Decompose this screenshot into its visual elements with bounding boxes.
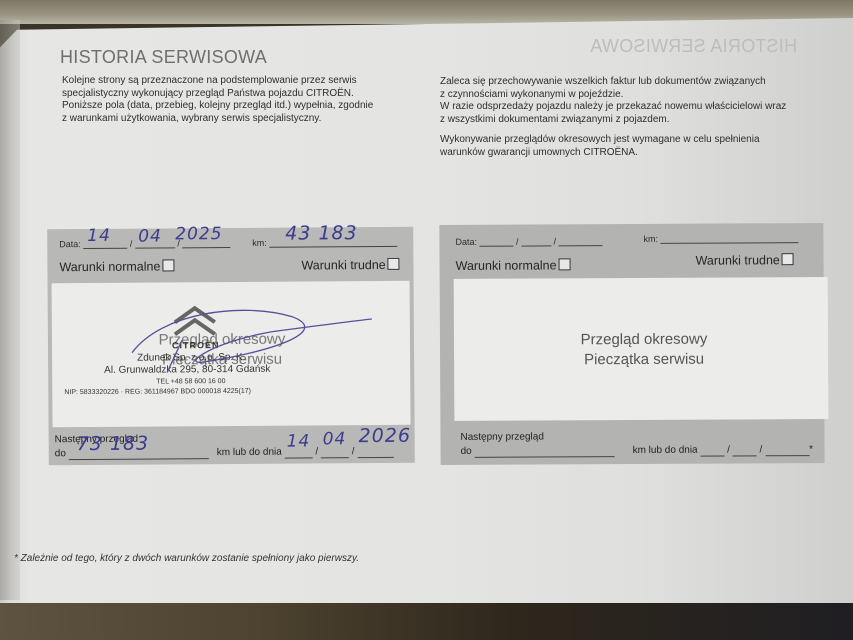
condition-normal-label: Warunki normalne — [59, 259, 160, 274]
separator: / — [516, 237, 519, 247]
separator: / — [352, 446, 355, 457]
condition-normal[interactable]: Warunki normalne — [456, 258, 571, 273]
asterisk: * — [809, 444, 813, 455]
intro-right-line: Zaleca się przechowywanie wszelkich fakt… — [440, 76, 830, 89]
intro-right-line: W razie odsprzedaży pojazdu należy je pr… — [440, 101, 830, 114]
next-service-label: Następny przegląd — [460, 430, 543, 443]
condition-hard-label: Warunki trudne — [696, 253, 780, 267]
service-entry-2: Data: / / km: Warunki normalne Warunki t… — [439, 223, 824, 465]
condition-normal-label: Warunki normalne — [456, 258, 557, 273]
stamp-area: Przegląd okresowy Pieczątka serwisu CITR… — [52, 281, 411, 427]
next-year-value[interactable]: 2026 — [359, 425, 412, 447]
stamp-placeholder-line: Pieczątka serwisu — [544, 349, 744, 370]
intro-right-line: z wszystkimi dokumentami związanymi z po… — [440, 114, 830, 127]
separator: / — [727, 444, 730, 455]
stamp-area: Przegląd okresowy Pieczątka serwisu — [454, 277, 829, 421]
km-field-row: km: — [643, 233, 798, 244]
next-km-value[interactable]: 73 183 — [77, 433, 150, 456]
intro-right-line: z czynnościami wykonanymi w pojeździe. — [440, 89, 830, 102]
next-service-date-row: km lub do dnia / / * — [633, 443, 813, 457]
km-value[interactable]: 43 183 — [285, 222, 358, 245]
condition-hard[interactable]: Warunki trudne — [696, 253, 794, 268]
background-table — [0, 603, 853, 640]
condition-normal-checkbox[interactable] — [162, 259, 174, 271]
intro-right-line: Wykonywanie przeglądów okresowych jest w… — [440, 134, 830, 147]
footnote: * Zależnie od tego, który z dwóch warunk… — [14, 553, 359, 564]
separator: / — [130, 239, 133, 249]
to-label: do — [461, 446, 472, 457]
date-year-value[interactable]: 2025 — [175, 224, 222, 244]
stamp-placeholder-line: Przegląd okresowy — [544, 329, 744, 350]
intro-left-line: Kolejne strony są przeznaczone na podste… — [62, 75, 422, 88]
km-or-date-label: km lub do dnia — [217, 447, 282, 458]
intro-left-line: specjalistyczny wykonujący przegląd Pańs… — [62, 88, 422, 101]
intro-left-line: z warunkami użytkowania, wybrany serwis … — [62, 113, 422, 126]
date-day-value[interactable]: 14 — [87, 226, 111, 246]
signature-scribble — [122, 291, 383, 393]
intro-left: Kolejne strony są przeznaczone na podste… — [62, 75, 422, 125]
condition-normal-checkbox[interactable] — [559, 258, 571, 270]
date-month-value[interactable]: 04 — [138, 226, 162, 246]
condition-hard-label: Warunki trudne — [301, 258, 385, 273]
stamp-placeholder: Przegląd okresowy Pieczątka serwisu — [544, 329, 744, 370]
intro-right-line: warunków gwarancji umownych CITROËNA. — [440, 147, 830, 160]
intro-left-line: Poniższe pola (data, przebieg, kolejny p… — [62, 100, 422, 113]
next-service-km-row: do — [461, 444, 615, 458]
date-label: Data: — [455, 237, 477, 247]
bleed-through-title: HISTORIA SERWISOWA — [590, 36, 797, 57]
next-day-value[interactable]: 14 — [287, 431, 311, 451]
km-or-date-label: km lub do dnia — [633, 445, 698, 456]
intro-right: Zaleca się przechowywanie wszelkich fakt… — [440, 76, 830, 159]
page-title: HISTORIA SERWISOWA — [60, 47, 267, 68]
condition-normal[interactable]: Warunki normalne — [59, 259, 174, 274]
service-entry-1: Data: / / km: 14 04 2025 43 183 Warunki … — [47, 227, 415, 466]
condition-hard-checkbox[interactable] — [388, 258, 400, 270]
date-label: Data: — [59, 239, 81, 249]
to-label: do — [55, 448, 66, 459]
km-label: km: — [252, 238, 267, 248]
separator: / — [315, 446, 318, 457]
condition-hard[interactable]: Warunki trudne — [301, 258, 399, 273]
separator: / — [759, 444, 762, 455]
next-month-value[interactable]: 04 — [323, 429, 347, 449]
separator: / — [554, 236, 557, 246]
condition-hard-checkbox[interactable] — [782, 253, 794, 265]
page-binding-shadow — [0, 20, 20, 600]
date-field-row: Data: / / — [455, 236, 602, 247]
km-label: km: — [643, 234, 658, 244]
